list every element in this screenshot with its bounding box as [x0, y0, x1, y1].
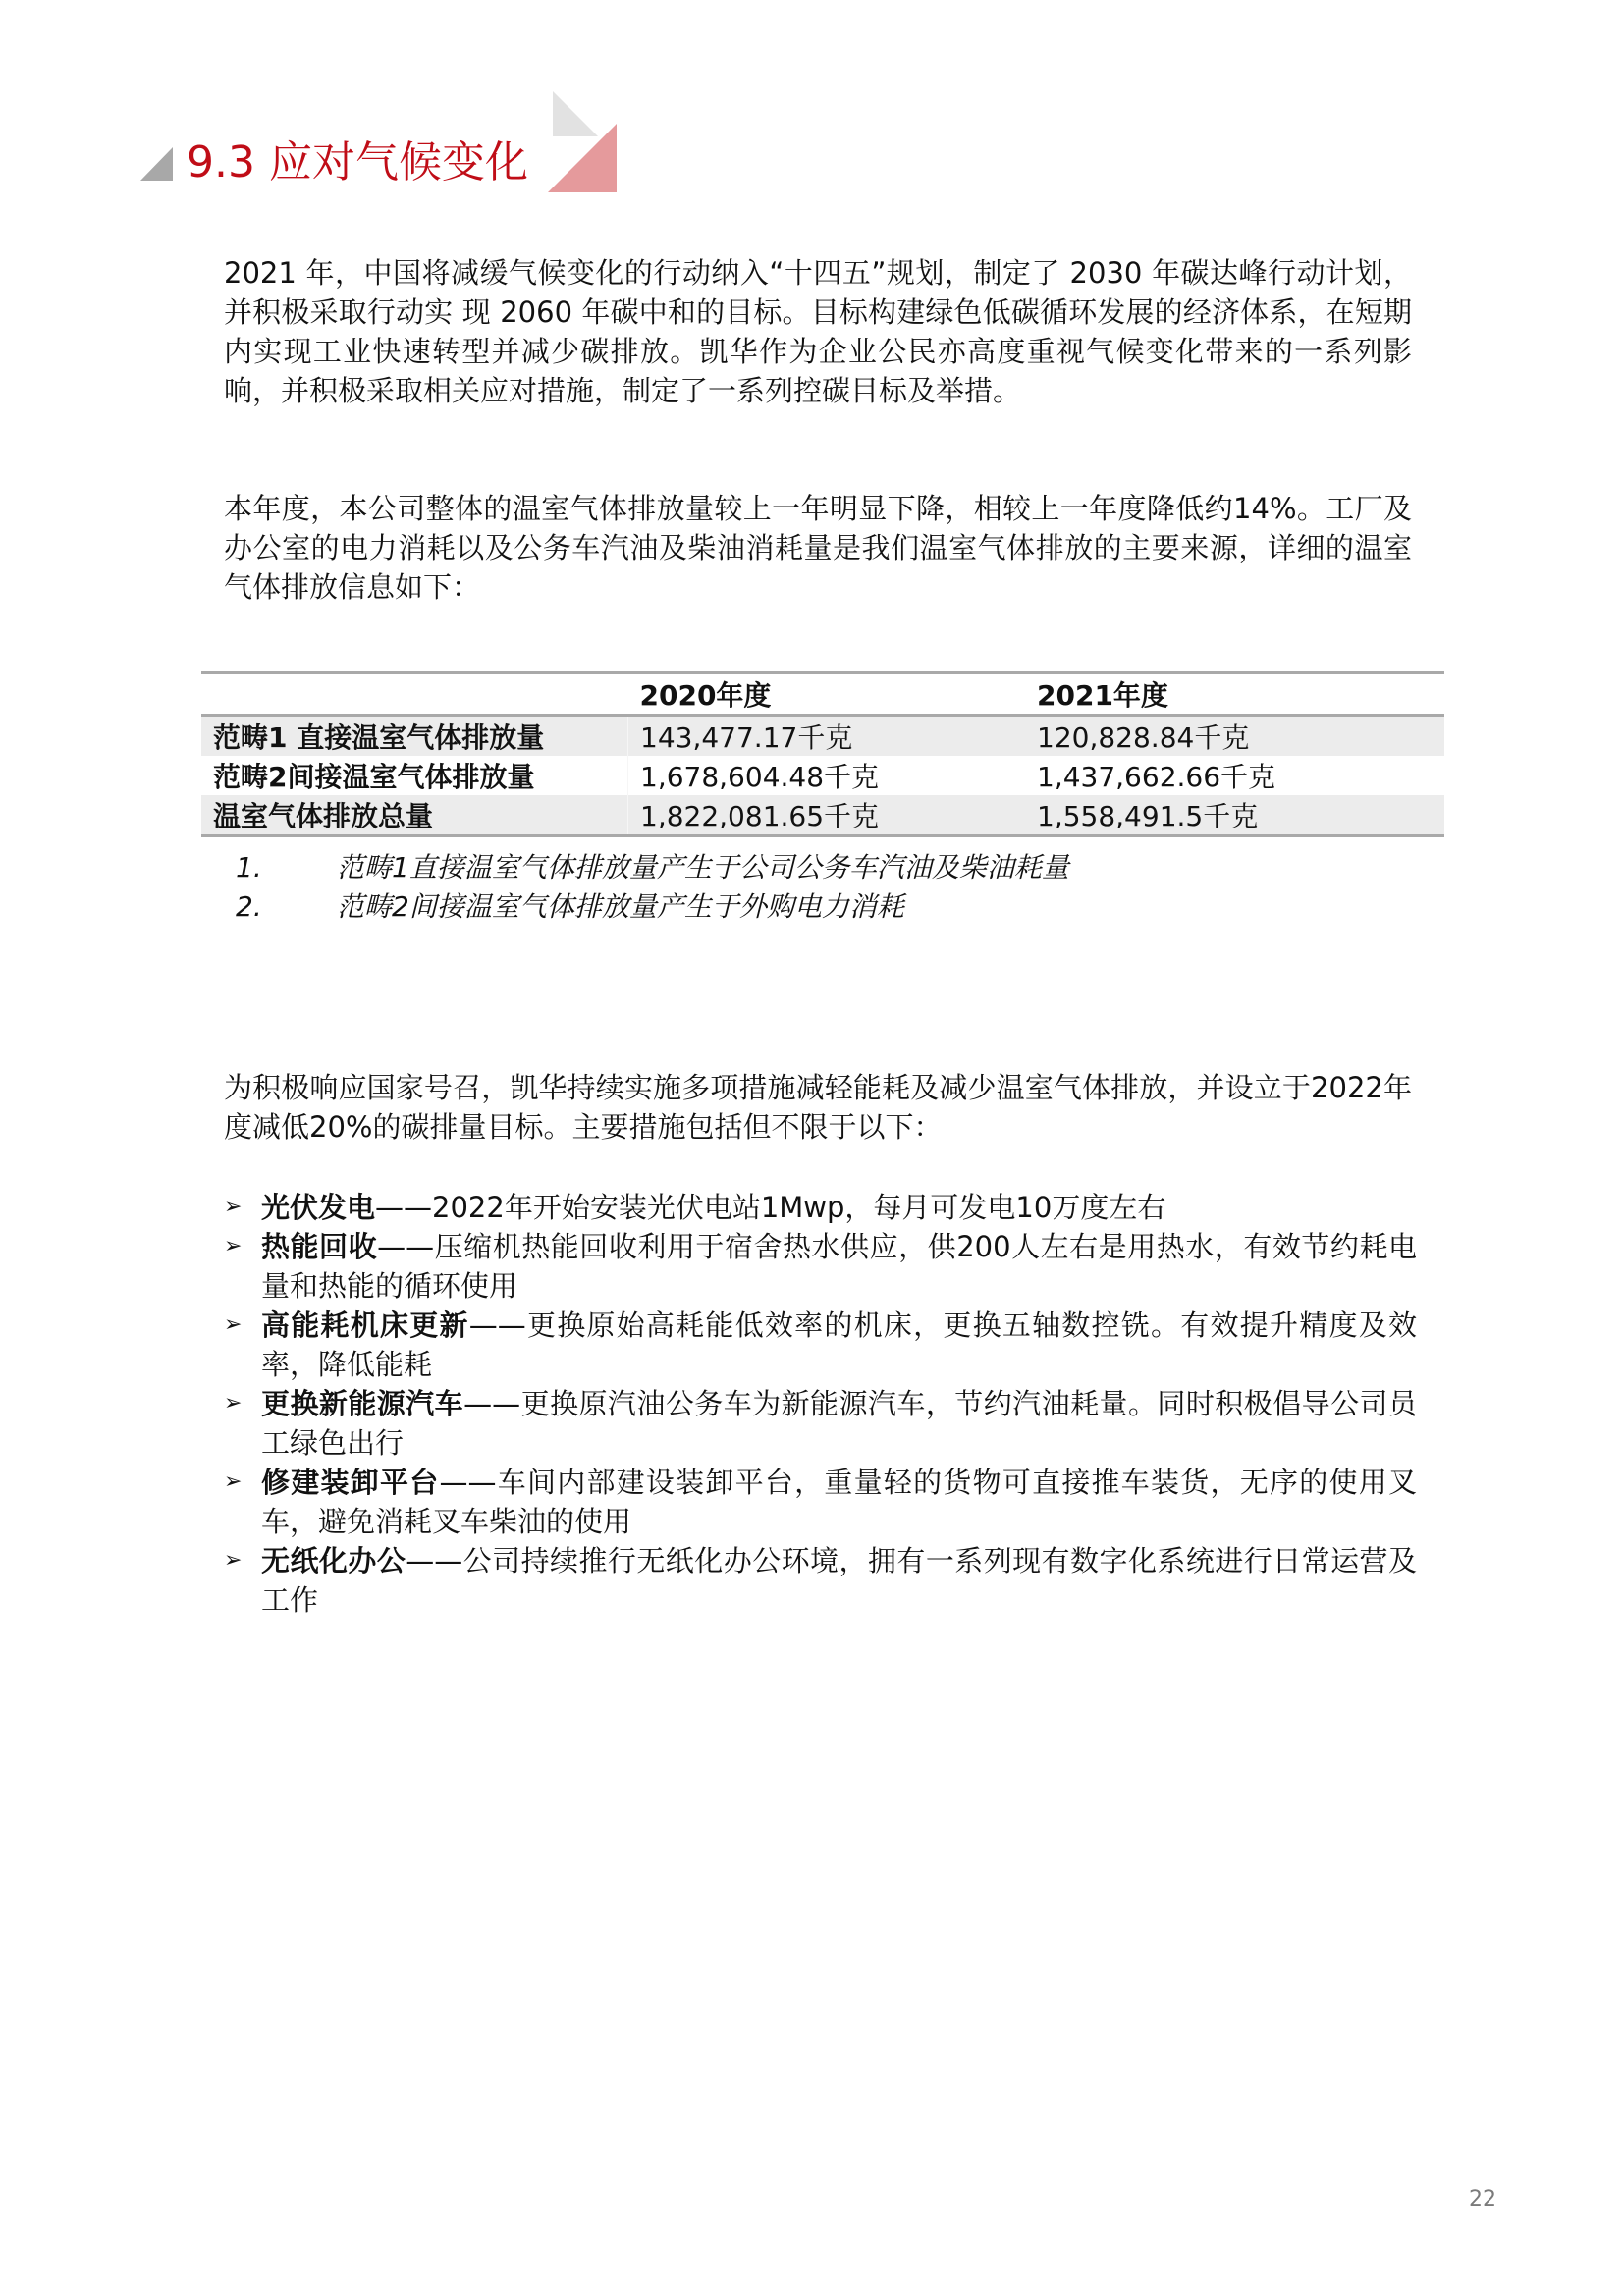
list-item: ➢ 修建装卸平台——车间内部建设装卸平台，重量轻的货物可直接推车装货，无序的使用… — [224, 1463, 1417, 1541]
measures-list: ➢ 光伏发电——2022年开始安装光伏电站1Mwp，每月可发电10万度左右 ➢ … — [224, 1188, 1417, 1620]
arrow-bullet-icon: ➢ — [224, 1227, 261, 1266]
list-item: ➢ 热能回收——压缩机热能回收利用于宿舍热水供应，供200人左右是用热水，有效节… — [224, 1227, 1417, 1306]
measure-title: 光伏发电 — [261, 1191, 375, 1224]
note-number: 2. — [236, 887, 337, 927]
value-2021: 1,558,491.5千克 — [1025, 795, 1444, 836]
list-item: ➢ 光伏发电——2022年开始安装光伏电站1Mwp，每月可发电10万度左右 — [224, 1188, 1417, 1227]
measure-title: 无纸化办公 — [261, 1544, 406, 1577]
page-number: 22 — [1469, 2187, 1496, 2212]
table-row: 范畴2间接温室气体排放量 1,678,604.48千克 1,437,662.66… — [201, 756, 1444, 795]
arrow-bullet-icon: ➢ — [224, 1463, 261, 1502]
table-header-empty — [201, 673, 628, 716]
table-header-row: 2020年度 2021年度 — [201, 673, 1444, 716]
table-header-2020: 2020年度 — [628, 673, 1026, 716]
value-2021: 1,437,662.66千克 — [1025, 756, 1444, 795]
measure-title: 修建装卸平台 — [261, 1466, 439, 1499]
intro-paragraph-1: 2021 年，中国将减缓气候变化的行动纳入“十四五”规划，制定了 2030 年碳… — [224, 253, 1412, 410]
note-text: 范畴1直接温室气体排放量产生于公司公务车汽油及柴油耗量 — [337, 848, 1069, 887]
arrow-bullet-icon: ➢ — [224, 1541, 261, 1580]
arrow-bullet-icon: ➢ — [224, 1384, 261, 1423]
arrow-bullet-icon: ➢ — [224, 1188, 261, 1227]
list-item: ➢ 高能耗机床更新——更换原始高耗能低效率的机床，更换五轴数控铣。有效提升精度及… — [224, 1306, 1417, 1384]
section-title: 9.3 应对气候变化 — [187, 133, 528, 192]
note-item: 1. 范畴1直接温室气体排放量产生于公司公务车汽油及柴油耗量 — [236, 848, 1069, 887]
measure-title: 更换新能源汽车 — [261, 1387, 463, 1420]
measure-title: 高能耗机床更新 — [261, 1308, 469, 1342]
table-notes: 1. 范畴1直接温室气体排放量产生于公司公务车汽油及柴油耗量 2. 范畴2间接温… — [236, 848, 1069, 927]
arrow-bullet-icon: ➢ — [224, 1306, 261, 1345]
row-label: 温室气体排放总量 — [201, 795, 628, 836]
value-2020: 143,477.17千克 — [628, 716, 1026, 757]
row-label: 范畴2间接温室气体排放量 — [201, 756, 628, 795]
intro-paragraph-2-block: 本年度，本公司整体的温室气体排放量较上一年明显下降，相较上一年度降低约14%。工… — [224, 489, 1412, 607]
table-header-2021: 2021年度 — [1025, 673, 1444, 716]
note-item: 2. 范畴2间接温室气体排放量产生于外购电力消耗 — [236, 887, 1069, 927]
note-number: 1. — [236, 848, 337, 887]
measure-description: ——公司持续推行无纸化办公环境，拥有一系列现有数字化系统进行日常运营及工作 — [261, 1544, 1417, 1617]
value-2021: 120,828.84千克 — [1025, 716, 1444, 757]
measure-description: ——2022年开始安装光伏电站1Mwp，每月可发电10万度左右 — [375, 1191, 1165, 1224]
table-row: 温室气体排放总量 1,822,081.65千克 1,558,491.5千克 — [201, 795, 1444, 836]
intro-paragraph-1-block: 2021 年，中国将减缓气候变化的行动纳入“十四五”规划，制定了 2030 年碳… — [224, 253, 1412, 410]
measures-intro-block: 为积极响应国家号召，凯华持续实施多项措施减轻能耗及减少温室气体排放，并设立于20… — [224, 1068, 1412, 1147]
measure-title: 热能回收 — [261, 1230, 377, 1263]
list-item: ➢ 无纸化办公——公司持续推行无纸化办公环境，拥有一系列现有数字化系统进行日常运… — [224, 1541, 1417, 1620]
pink-triangle-decoration — [548, 124, 617, 192]
measure-description: ——压缩机热能回收利用于宿舍热水供应，供200人左右是用热水，有效节约耗电量和热… — [261, 1230, 1417, 1303]
value-2020: 1,678,604.48千克 — [628, 756, 1026, 795]
value-2020: 1,822,081.65千克 — [628, 795, 1026, 836]
list-item: ➢ 更换新能源汽车——更换原汽油公务车为新能源汽车，节约汽油耗量。同时积极倡导公… — [224, 1384, 1417, 1463]
intro-paragraph-2: 本年度，本公司整体的温室气体排放量较上一年明显下降，相较上一年度降低约14%。工… — [224, 489, 1412, 607]
table-row: 范畴1 直接温室气体排放量 143,477.17千克 120,828.84千克 — [201, 716, 1444, 757]
row-label: 范畴1 直接温室气体排放量 — [201, 716, 628, 757]
title-triangle-decoration — [140, 147, 173, 181]
note-text: 范畴2间接温室气体排放量产生于外购电力消耗 — [337, 887, 904, 927]
measures-intro: 为积极响应国家号召，凯华持续实施多项措施减轻能耗及减少温室气体排放，并设立于20… — [224, 1068, 1412, 1147]
emissions-table: 2020年度 2021年度 范畴1 直接温室气体排放量 143,477.17千克… — [201, 671, 1444, 837]
